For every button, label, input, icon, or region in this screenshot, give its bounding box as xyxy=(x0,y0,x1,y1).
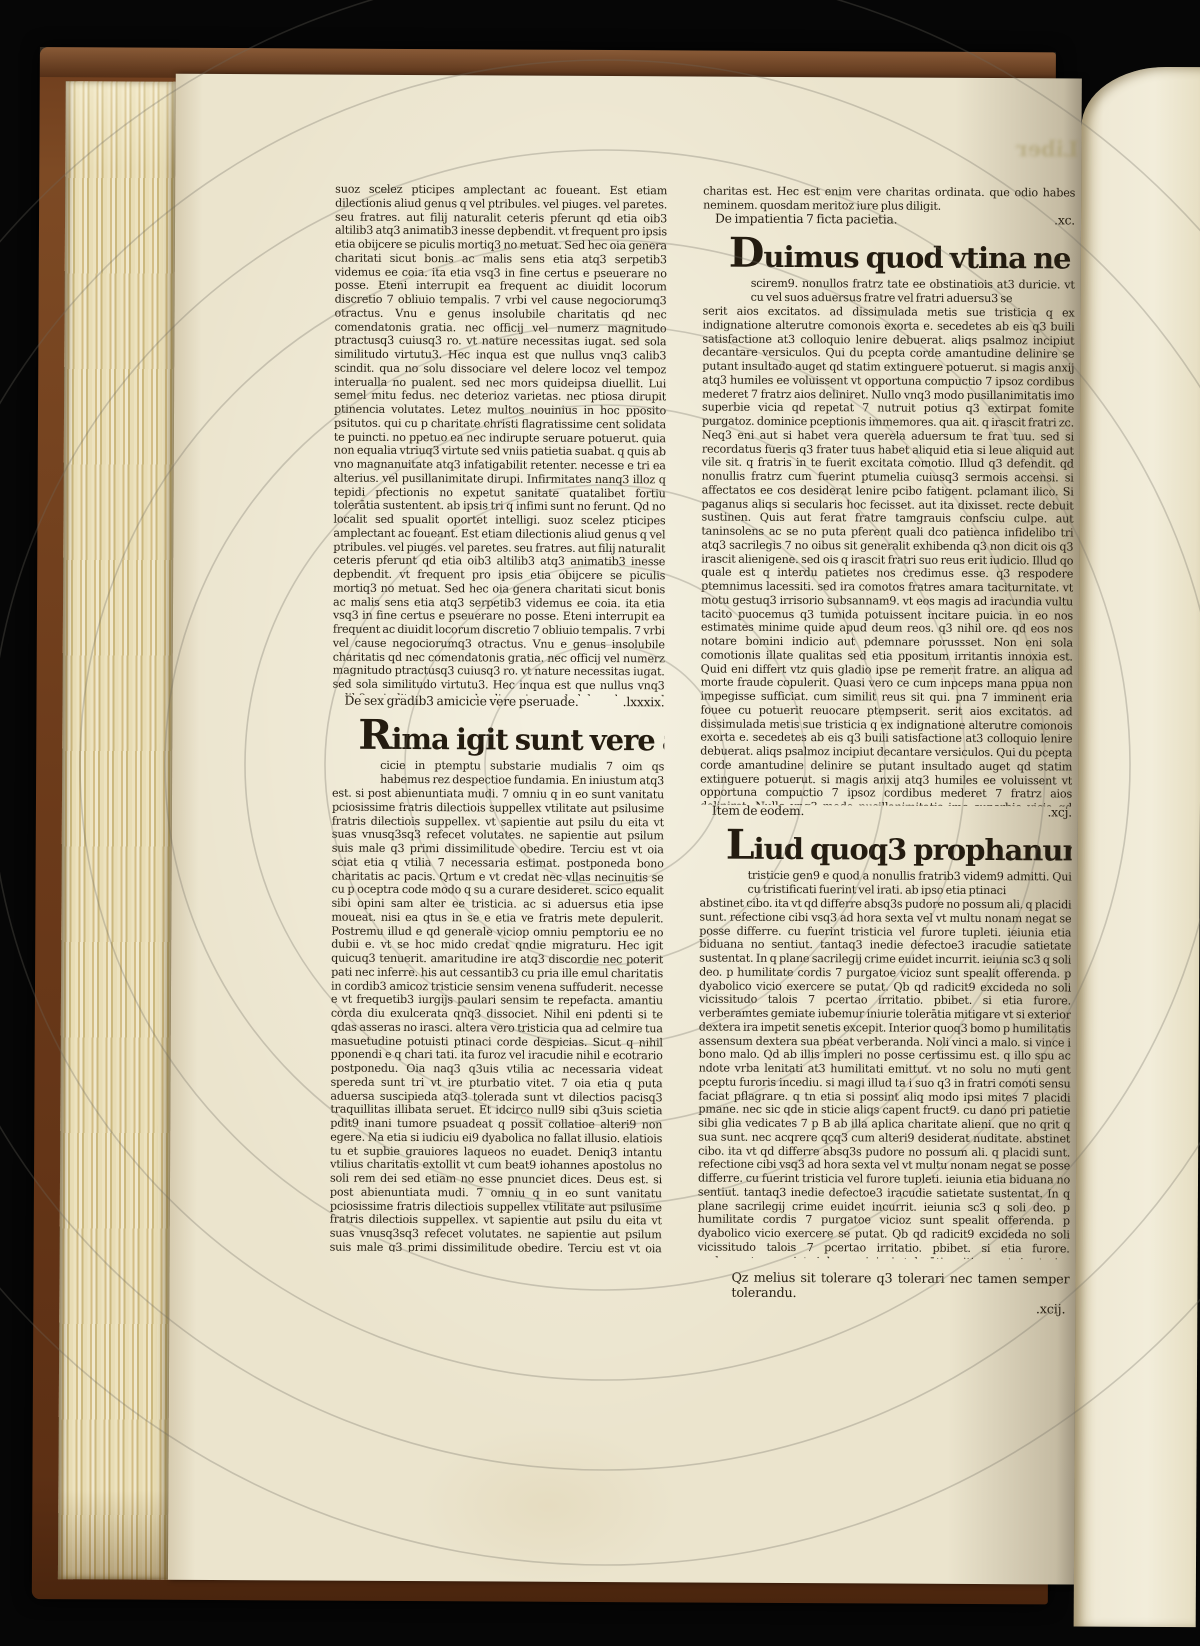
chapter-heading: Rima igit sunt vere ami xyxy=(332,713,664,761)
heading-continuation-lines: tristicie gen9 e quod a nonullis fratrib… xyxy=(699,869,1071,899)
body-text-block: serit aios excitatos. ad dissimulada met… xyxy=(700,305,1075,807)
book: Liber suoz scelez pticipes amplectant ac… xyxy=(0,0,1200,1646)
text-column-right: charitas est. Hec est enim vere charitas… xyxy=(697,185,1075,1318)
chapter-rubric: Item de eodem. xyxy=(700,805,804,819)
body-text-block: abstinet cibo. ita vt qd differre absq3s… xyxy=(698,897,1072,1260)
main-page: Liber suoz scelez pticipes amplectant ac… xyxy=(168,74,1082,1585)
chapter-rubric: De sex gradib3 amicicie vere pseruade. xyxy=(332,695,578,710)
chapter-rubric: De impatientia 7 ficta pacietia. xyxy=(703,213,897,228)
facing-page-edge xyxy=(1074,67,1200,1628)
closing-folio-number: .xcij. xyxy=(697,1301,1069,1318)
page-fore-edge-stack xyxy=(58,81,176,1580)
photograph-of-incunabulum: Liber suoz scelez pticipes amplectant ac… xyxy=(0,0,1200,1646)
folio-number: .xc. xyxy=(1054,214,1075,228)
closing-rubric: Qz melius sit tolerare q3 tolerari nec t… xyxy=(697,1271,1069,1303)
body-text-block: est. si post abienuntiata mudi. 7 omniu … xyxy=(330,787,664,1254)
chapter-heading: Liud quoq3 prophanum xyxy=(700,823,1072,871)
show-through-text: Liber xyxy=(958,136,1078,162)
body-text-block: charitas est. Hec est enim vere charitas… xyxy=(703,185,1075,215)
chapter-rubric-row: De sex gradib3 amicicie vere pseruade. .… xyxy=(332,695,664,715)
chapter-rubric-row: Item de eodem. .xcj. xyxy=(700,805,1072,825)
text-column-left: suoz scelez pticipes amplectant ac fouea… xyxy=(330,183,668,1254)
heading-continuation-lines: scirem9. nonullos fratrz tate ee obstina… xyxy=(703,277,1075,307)
folio-number: .xcj. xyxy=(1047,806,1072,820)
chapter-heading: Duimus quod vtina ne xyxy=(703,231,1075,279)
chapter-rubric-row: De impatientia 7 ficta pacietia. .xc. xyxy=(703,213,1075,233)
folio-number: .lxxxix. xyxy=(623,696,665,710)
closing-rubric-block: Qz melius sit tolerare q3 tolerari nec t… xyxy=(697,1271,1069,1318)
body-text-block: suoz scelez pticipes amplectant ac fouea… xyxy=(333,183,668,697)
heading-continuation-lines: cicie in ptemptu substarie mudialis 7 oi… xyxy=(332,759,664,789)
paper-stain xyxy=(418,1425,679,1586)
